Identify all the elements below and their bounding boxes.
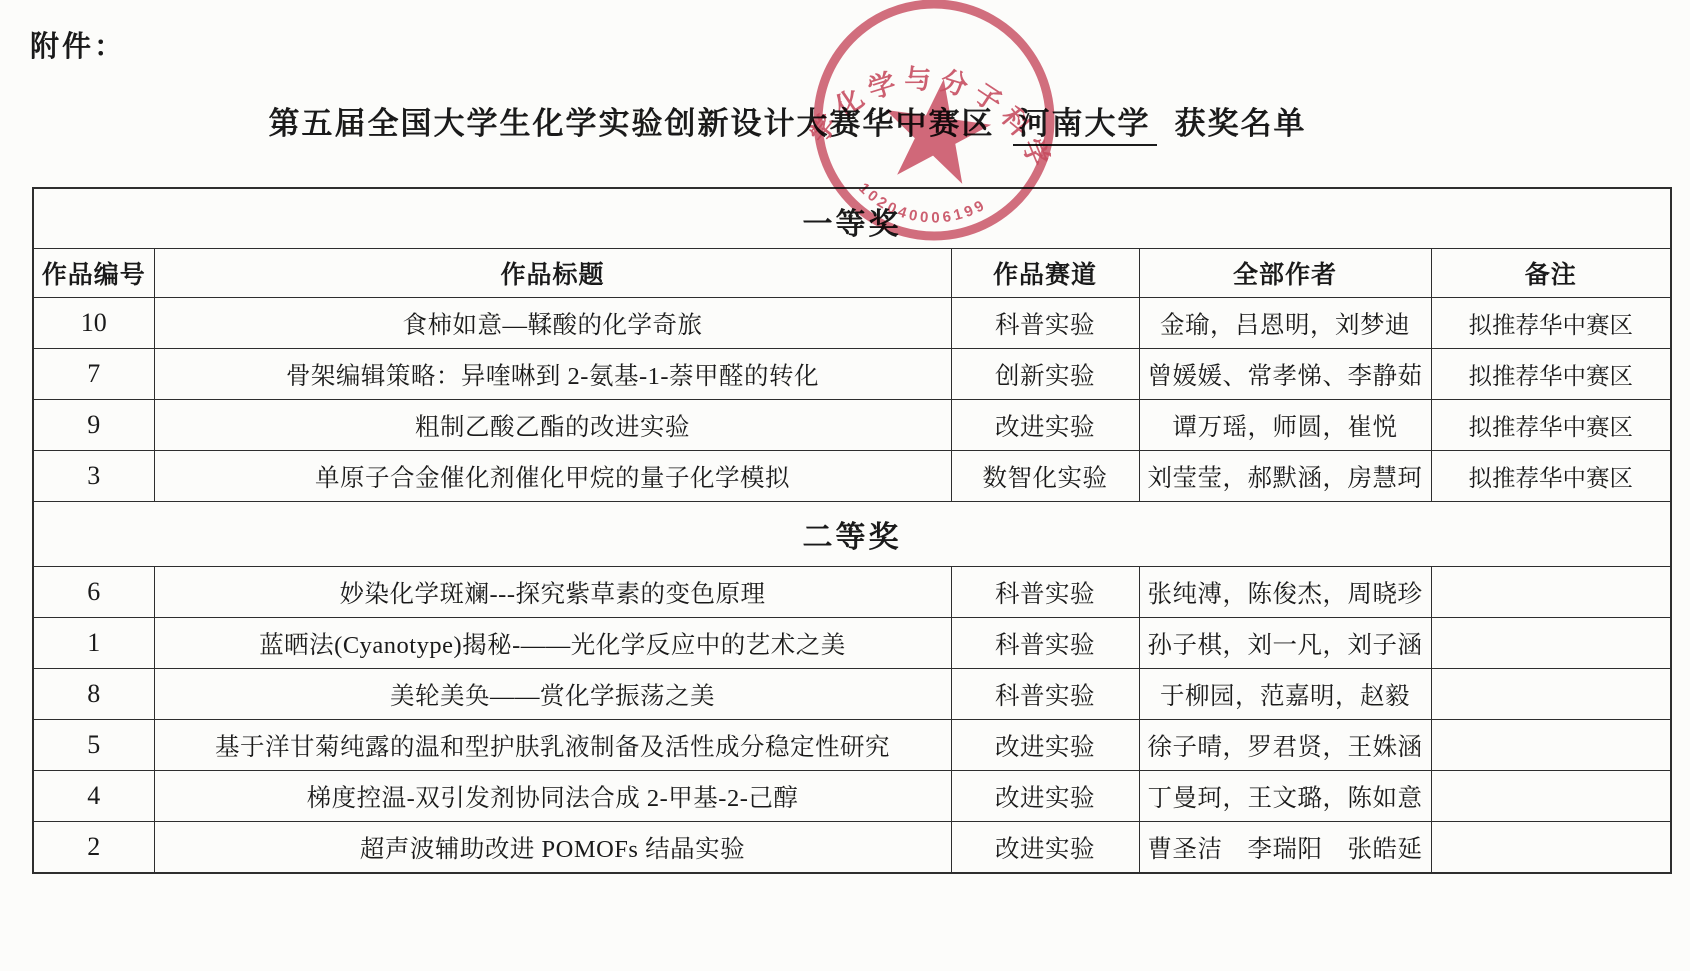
work-title: 基于洋甘菊纯露的温和型护肤乳液制备及活性成分稳定性研究 [154, 720, 951, 771]
work-title: 食柿如意—鞣酸的化学奇旅 [154, 298, 951, 349]
table-row: 7骨架编辑策略：异喹啉到 2-氨基-1-萘甲醛的转化创新实验曾媛媛、常孝悌、李静… [33, 349, 1671, 400]
work-remark [1431, 669, 1671, 720]
table-row: 3单原子合金催化剂催化甲烷的量子化学模拟数智化实验刘莹莹，郝默涵，房慧珂拟推荐华… [33, 451, 1671, 502]
work-track: 数智化实验 [951, 451, 1139, 502]
table-row: 6妙染化学斑斓---探究紫草素的变色原理科普实验张纯溥，陈俊杰，周晓珍 [33, 567, 1671, 618]
work-title: 粗制乙酸乙酯的改进实验 [154, 400, 951, 451]
title-prefix: 第五届全国大学生化学实验创新设计大赛华中赛区 [269, 106, 995, 141]
work-title: 蓝晒法(Cyanotype)揭秘-——光化学反应中的艺术之美 [154, 618, 951, 669]
work-id: 9 [33, 400, 154, 451]
work-id: 4 [33, 771, 154, 822]
section-title: 二等奖 [33, 502, 1671, 567]
work-remark [1431, 822, 1671, 874]
work-title: 梯度控温-双引发剂协同法合成 2-甲基-2-己醇 [154, 771, 951, 822]
work-track: 改进实验 [951, 771, 1139, 822]
work-id: 5 [33, 720, 154, 771]
column-header-2: 作品赛道 [951, 249, 1139, 298]
work-remark [1431, 567, 1671, 618]
work-authors: 谭万瑶，师圆，崔悦 [1139, 400, 1431, 451]
work-remark: 拟推荐华中赛区 [1431, 400, 1671, 451]
work-id: 2 [33, 822, 154, 874]
column-header-3: 全部作者 [1139, 249, 1431, 298]
work-id: 10 [33, 298, 154, 349]
table-row: 2超声波辅助改进 POMOFs 结晶实验改进实验曹圣洁 李瑞阳 张皓延 [33, 822, 1671, 874]
document-page: 附件： 第五届全国大学生化学实验创新设计大赛华中赛区河南大学获奖名单 一等奖作品… [0, 0, 1690, 971]
table-row: 10食柿如意—鞣酸的化学奇旅科普实验金瑜，吕恩明，刘梦迪拟推荐华中赛区 [33, 298, 1671, 349]
work-remark: 拟推荐华中赛区 [1431, 349, 1671, 400]
work-authors: 曾媛媛、常孝悌、李静茹 [1139, 349, 1431, 400]
title-school-underlined: 河南大学 [1013, 98, 1157, 146]
work-remark [1431, 771, 1671, 822]
work-authors: 于柳园，范嘉明，赵毅 [1139, 669, 1431, 720]
work-track: 改进实验 [951, 400, 1139, 451]
work-track: 科普实验 [951, 298, 1139, 349]
table-row: 1蓝晒法(Cyanotype)揭秘-——光化学反应中的艺术之美科普实验孙子棋，刘… [33, 618, 1671, 669]
work-title: 美轮美奂——赏化学振荡之美 [154, 669, 951, 720]
work-title: 妙染化学斑斓---探究紫草素的变色原理 [154, 567, 951, 618]
work-id: 3 [33, 451, 154, 502]
work-remark [1431, 720, 1671, 771]
attachment-label: 附件： [30, 24, 126, 65]
work-track: 创新实验 [951, 349, 1139, 400]
work-authors: 徐子晴，罗君贤，王姝涵 [1139, 720, 1431, 771]
work-track: 科普实验 [951, 567, 1139, 618]
column-header-0: 作品编号 [33, 249, 154, 298]
column-header-1: 作品标题 [154, 249, 951, 298]
work-authors: 刘莹莹，郝默涵，房慧珂 [1139, 451, 1431, 502]
work-track: 改进实验 [951, 822, 1139, 874]
table-row: 8美轮美奂——赏化学振荡之美科普实验于柳园，范嘉明，赵毅 [33, 669, 1671, 720]
work-id: 1 [33, 618, 154, 669]
title-suffix: 获奖名单 [1175, 106, 1307, 141]
award-table: 一等奖作品编号作品标题作品赛道全部作者备注10食柿如意—鞣酸的化学奇旅科普实验金… [32, 187, 1672, 874]
work-authors: 丁曼珂，王文璐，陈如意 [1139, 771, 1431, 822]
work-authors: 金瑜，吕恩明，刘梦迪 [1139, 298, 1431, 349]
header-row: 作品编号作品标题作品赛道全部作者备注 [33, 249, 1671, 298]
table-row: 5基于洋甘菊纯露的温和型护肤乳液制备及活性成分稳定性研究改进实验徐子晴，罗君贤，… [33, 720, 1671, 771]
work-track: 科普实验 [951, 669, 1139, 720]
section-title: 一等奖 [33, 188, 1671, 249]
work-authors: 孙子棋，刘一凡，刘子涵 [1139, 618, 1431, 669]
work-authors: 张纯溥，陈俊杰，周晓珍 [1139, 567, 1431, 618]
table-row: 9粗制乙酸乙酯的改进实验改进实验谭万瑶，师圆，崔悦拟推荐华中赛区 [33, 400, 1671, 451]
work-title: 单原子合金催化剂催化甲烷的量子化学模拟 [154, 451, 951, 502]
work-id: 8 [33, 669, 154, 720]
work-authors: 曹圣洁 李瑞阳 张皓延 [1139, 822, 1431, 874]
work-title: 骨架编辑策略：异喹啉到 2-氨基-1-萘甲醛的转化 [154, 349, 951, 400]
work-remark: 拟推荐华中赛区 [1431, 298, 1671, 349]
work-track: 科普实验 [951, 618, 1139, 669]
work-title: 超声波辅助改进 POMOFs 结晶实验 [154, 822, 951, 874]
work-remark [1431, 618, 1671, 669]
table-row: 4梯度控温-双引发剂协同法合成 2-甲基-2-己醇改进实验丁曼珂，王文璐，陈如意 [33, 771, 1671, 822]
work-remark: 拟推荐华中赛区 [1431, 451, 1671, 502]
page-title: 第五届全国大学生化学实验创新设计大赛华中赛区河南大学获奖名单 [0, 98, 1575, 146]
work-id: 6 [33, 567, 154, 618]
work-id: 7 [33, 349, 154, 400]
work-track: 改进实验 [951, 720, 1139, 771]
column-header-4: 备注 [1431, 249, 1671, 298]
